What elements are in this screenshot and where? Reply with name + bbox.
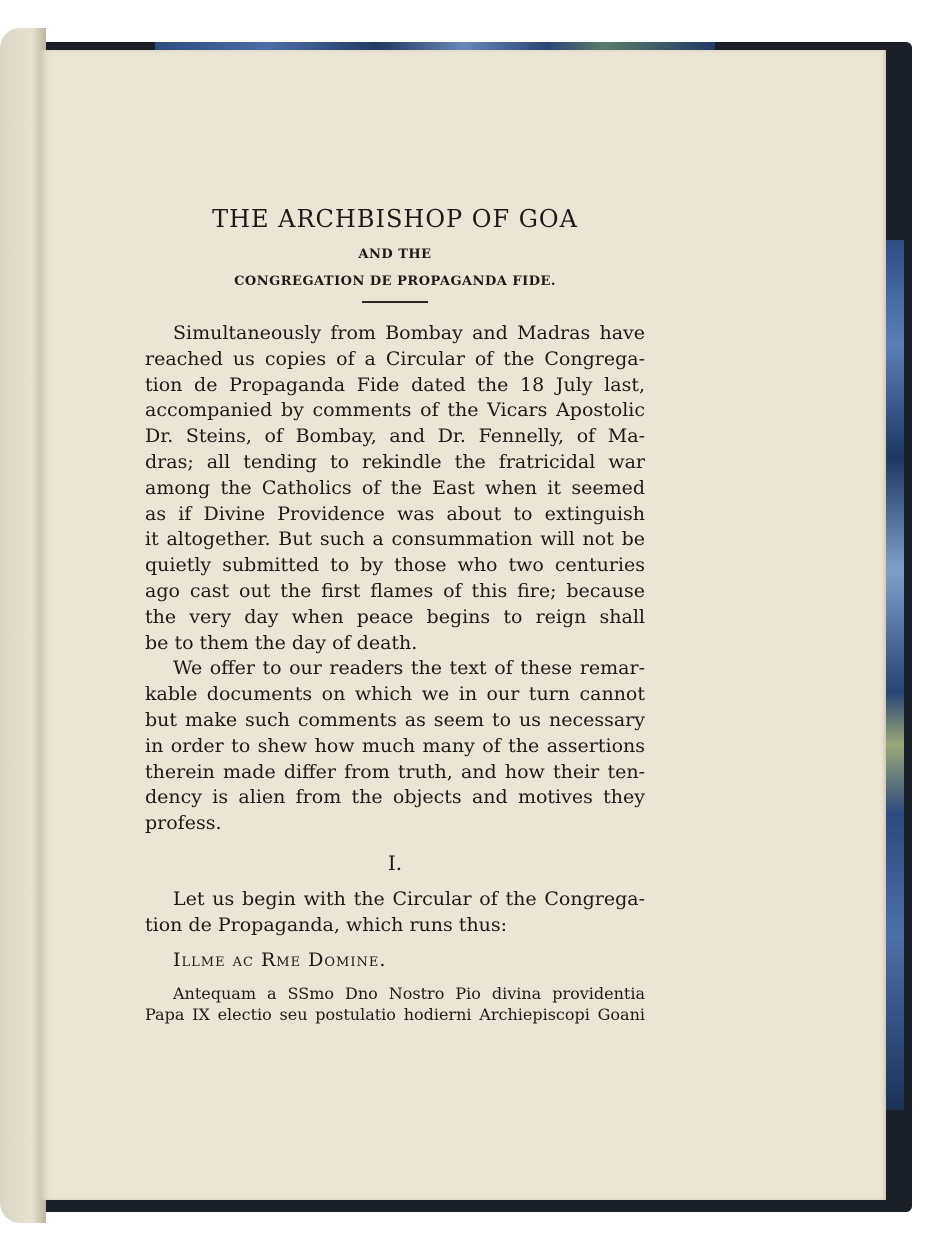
text-line: profess. xyxy=(145,811,645,837)
text-line: as if Divine Providence was about to ext… xyxy=(145,502,645,528)
paragraph-2: We offer to our readers the text of thes… xyxy=(145,656,645,837)
text-line: accompanied by comments of the Vicars Ap… xyxy=(145,398,645,424)
text-line: tion de Propaganda, which runs thus: xyxy=(145,913,645,939)
latin-quote: Antequam a SSmo Dno Nostro Pio divina pr… xyxy=(145,983,645,1025)
text-line: reached us copies of a Circular of the C… xyxy=(145,347,645,373)
text-line: the very day when peace begins to reign … xyxy=(145,605,645,631)
text-line: Simultaneously from Bombay and Madras ha… xyxy=(145,321,645,347)
text-line: Papa IX electio seu postulatio hodierni … xyxy=(145,1004,645,1025)
page-content: THE ARCHBISHOP OF GOA AND THE CONGREGATI… xyxy=(145,205,645,1025)
text-line: Let us begin with the Circular of the Co… xyxy=(145,887,645,913)
text-line: ago cast out the first flames of this fi… xyxy=(145,579,645,605)
text-line: Antequam a SSmo Dno Nostro Pio divina pr… xyxy=(145,983,645,1004)
text-line: but make such comments as seem to us nec… xyxy=(145,708,645,734)
text-line: dency is alien from the objects and moti… xyxy=(145,785,645,811)
paragraph-1: Simultaneously from Bombay and Madras ha… xyxy=(145,321,645,656)
text-line: among the Catholics of the East when it … xyxy=(145,476,645,502)
text-line: in order to shew how much many of the as… xyxy=(145,734,645,760)
subtitle-congregation: CONGREGATION DE PROPAGANDA FIDE. xyxy=(145,274,645,289)
subtitle-and-the: AND THE xyxy=(145,247,645,262)
salutation: Illme ac Rme Domine. xyxy=(173,949,645,971)
text-line: be to them the day of death. xyxy=(145,631,645,657)
text-line: it altogether. But such a consummation w… xyxy=(145,527,645,553)
text-line: dras; all tending to rekindle the fratri… xyxy=(145,450,645,476)
text-line: therein made differ from truth, and how … xyxy=(145,760,645,786)
title-divider xyxy=(362,301,428,303)
section-number: I. xyxy=(145,851,645,875)
text-line: quietly submitted to by those who two ce… xyxy=(145,553,645,579)
paragraph-3: Let us begin with the Circular of the Co… xyxy=(145,887,645,939)
text-line: tion de Propaganda Fide dated the 18 Jul… xyxy=(145,373,645,399)
text-line: We offer to our readers the text of thes… xyxy=(145,656,645,682)
page-title: THE ARCHBISHOP OF GOA xyxy=(145,205,645,233)
text-line: Dr. Steins, of Bombay, and Dr. Fennelly,… xyxy=(145,424,645,450)
text-line: kable documents on which we in our turn … xyxy=(145,682,645,708)
